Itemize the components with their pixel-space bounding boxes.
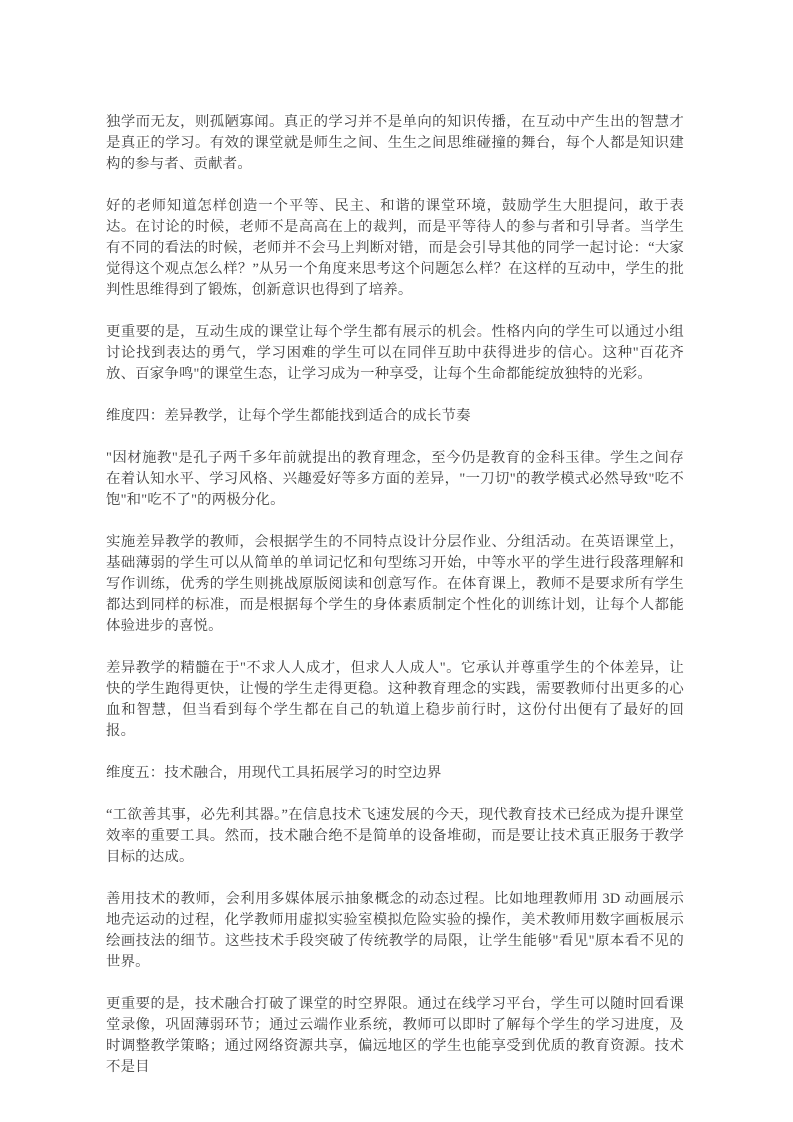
paragraph-technology-tools: “工欲善其事，必先利其器。”在信息技术飞速发展的今天，现代教育技术已经成为提升课… [106,805,684,868]
paragraph-technology-breaks-limits: 更重要的是，技术融合打破了课堂的时空界限。通过在线学习平台，学生可以随时回看课堂… [106,994,684,1078]
paragraph-differentiated-teaching-practice: 实施差异教学的教师，会根据学生的不同特点设计分层作业、分组活动。在英语课堂上，基… [106,532,684,637]
paragraph-interaction-wisdom: 独学而无友，则孤陋寡闻。真正的学习并不是单向的知识传播，在互动中产生出的智慧才是… [106,112,684,175]
document-page: 独学而无友，则孤陋寡闻。真正的学习并不是单向的知识传播，在互动中产生出的智慧才是… [0,0,793,1122]
paragraph-multimedia-examples: 善用技术的教师，会利用多媒体展示抽象概念的动态过程。比如地理教师用 3D 动画展… [106,889,684,973]
text-block: 独学而无友，则孤陋寡闻。真正的学习并不是单向的知识传播，在互动中产生出的智慧才是… [106,112,684,1078]
paragraph-good-teacher-discussion: 好的老师知道怎样创造一个平等、民主、和谐的课堂环境，鼓励学生大胆提问，敢于表达。… [106,196,684,301]
paragraph-teach-by-aptitude: "因材施教"是孔子两千多年前就提出的教育理念，至今仍是教育的金科玉律。学生之间存… [106,448,684,511]
section-heading-dimension-five: 维度五：技术融合，用现代工具拓展学习的时空边界 [106,763,684,784]
paragraph-differentiated-teaching-essence: 差异教学的精髓在于"不求人人成才，但求人人成人"。它承认并尊重学生的个体差异，让… [106,658,684,742]
paragraph-classroom-ecology: 更重要的是，互动生成的课堂让每个学生都有展示的机会。性格内向的学生可以通过小组讨… [106,322,684,385]
section-heading-dimension-four: 维度四：差异教学，让每个学生都能找到适合的成长节奏 [106,406,684,427]
